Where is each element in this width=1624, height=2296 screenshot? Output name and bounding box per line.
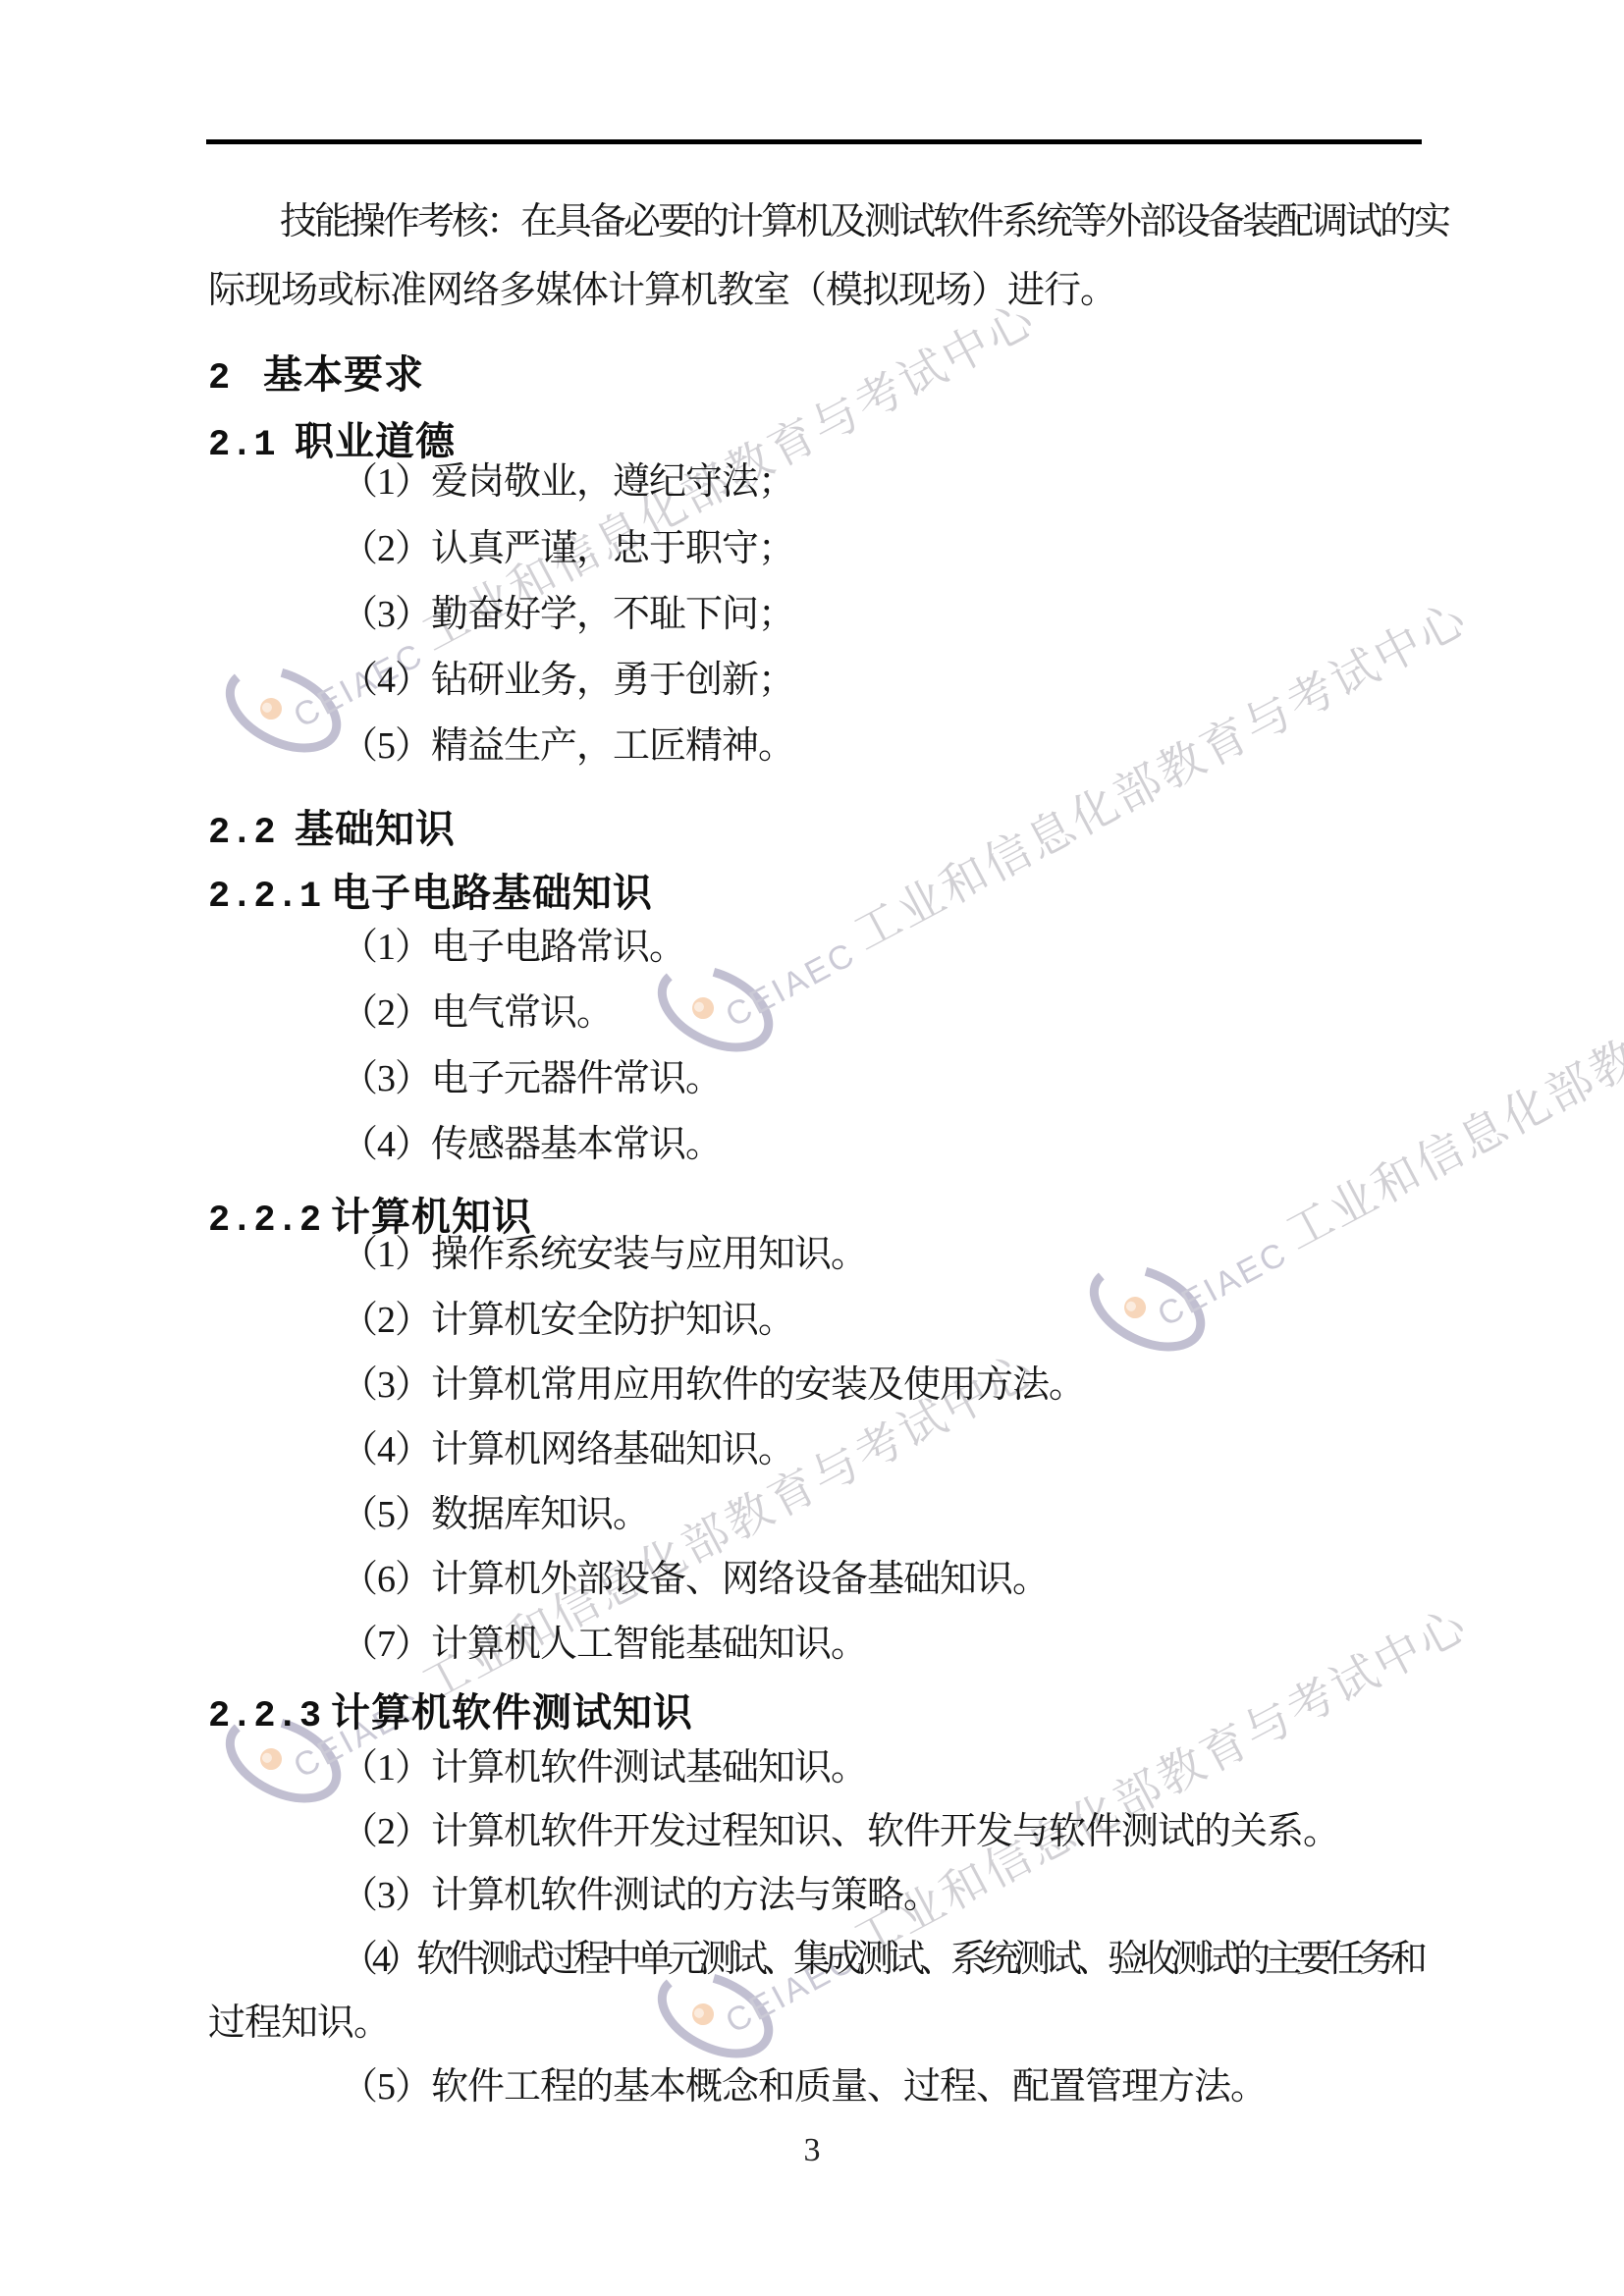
- list-item: （2）计算机软件开发过程知识、软件开发与软件测试的关系。: [341, 1809, 1339, 1854]
- list-item: （4）软件测试过程中单元测试、集成测试、系统测试、验收测试的主要任务和: [341, 1937, 1422, 1982]
- header-rule: [206, 139, 1422, 144]
- section-2-1-heading: 2.1 职业道德: [208, 410, 456, 466]
- list-item: （4）钻研业务，勇于创新；: [341, 658, 794, 703]
- heading-title: 基础知识: [295, 798, 456, 854]
- list-item: （2）计算机安全防护知识。: [341, 1298, 794, 1343]
- list-item: （2）电气常识。: [341, 990, 613, 1036]
- list-item: （6）计算机外部设备、网络设备基础知识。: [341, 1557, 1049, 1602]
- section-2-2-1-heading: 2.2.1 电子电路基础知识: [208, 862, 653, 918]
- heading-number: 2.2.1: [208, 877, 331, 918]
- watermark-brand: CEIAEC: [1152, 1234, 1295, 1334]
- list-item: （2）认真严谨，忠于职守；: [341, 526, 794, 571]
- heading-number: 2.2.2: [208, 1201, 331, 1242]
- list-item: （3）计算机常用应用软件的安装及使用方法。: [341, 1362, 1085, 1408]
- watermark-text: 工业和信息化部教育与考试中心: [1272, 881, 1624, 1262]
- heading-title: 电子电路基础知识: [331, 862, 653, 918]
- list-item: （5）精益生产，工匠精神。: [341, 723, 794, 769]
- list-item: （4）传感器基本常识。: [341, 1122, 722, 1167]
- ceiaec-logo-icon: [1068, 1223, 1226, 1392]
- list-item: （5）软件工程的基本概念和质量、过程、配置管理方法。: [341, 2064, 1267, 2109]
- watermark: CEIAEC 工业和信息化部教育与考试中心: [204, 253, 1061, 793]
- watermark-brand: CEIAEC: [720, 934, 863, 1035]
- section-2-2-heading: 2.2 基础知识: [208, 798, 456, 854]
- list-item: （1）计算机软件测试基础知识。: [341, 1745, 867, 1790]
- list-item: （1）电子电路常识。: [341, 925, 685, 970]
- list-item: （7）计算机人工智能基础知识。: [341, 1622, 867, 1667]
- list-item: （1）爱岗敬业，遵纪守法；: [341, 459, 794, 505]
- list-item: （3）计算机软件测试的方法与策略。: [341, 1873, 940, 1918]
- watermark-text: 工业和信息化部教育与考试中心: [840, 582, 1479, 963]
- heading-number: 2.2.3: [208, 1696, 331, 1737]
- list-item: （3）电子元器件常识。: [341, 1056, 722, 1101]
- ceiaec-logo-icon: [204, 624, 362, 793]
- heading-number: 2.2: [208, 813, 295, 854]
- heading-number: 2: [208, 358, 263, 400]
- list-item: （4）计算机网络基础知识。: [341, 1427, 794, 1472]
- page-number: 3: [0, 2132, 1624, 2169]
- list-item: （1）操作系统安装与应用知识。: [341, 1232, 867, 1277]
- heading-title: 职业道德: [295, 410, 456, 466]
- list-item-continuation: 过程知识。: [208, 2001, 390, 2046]
- list-item: （3）勤奋好学，不耻下问；: [341, 592, 794, 637]
- intro-line-1: 技能操作考核：在具备必要的计算机及测试软件系统等外部设备装配调试的实: [280, 199, 1448, 244]
- heading-title: 基本要求: [263, 344, 424, 400]
- watermark: CEIAEC 工业和信息化部教育与考试中心: [1068, 852, 1624, 1392]
- section-2-2-3-heading: 2.2.3 计算机软件测试知识: [208, 1682, 693, 1737]
- list-item: （5）数据库知识。: [341, 1492, 649, 1537]
- document-page: CEIAEC 工业和信息化部教育与考试中心 CEIAEC 工业和信息化部教育与考…: [0, 0, 1624, 2296]
- section-2-heading: 2 基本要求: [208, 344, 424, 400]
- heading-title: 计算机软件测试知识: [331, 1682, 693, 1737]
- heading-number: 2.1: [208, 425, 295, 466]
- intro-line-2: 际现场或标准网络多媒体计算机教室（模拟现场）进行。: [208, 268, 1116, 313]
